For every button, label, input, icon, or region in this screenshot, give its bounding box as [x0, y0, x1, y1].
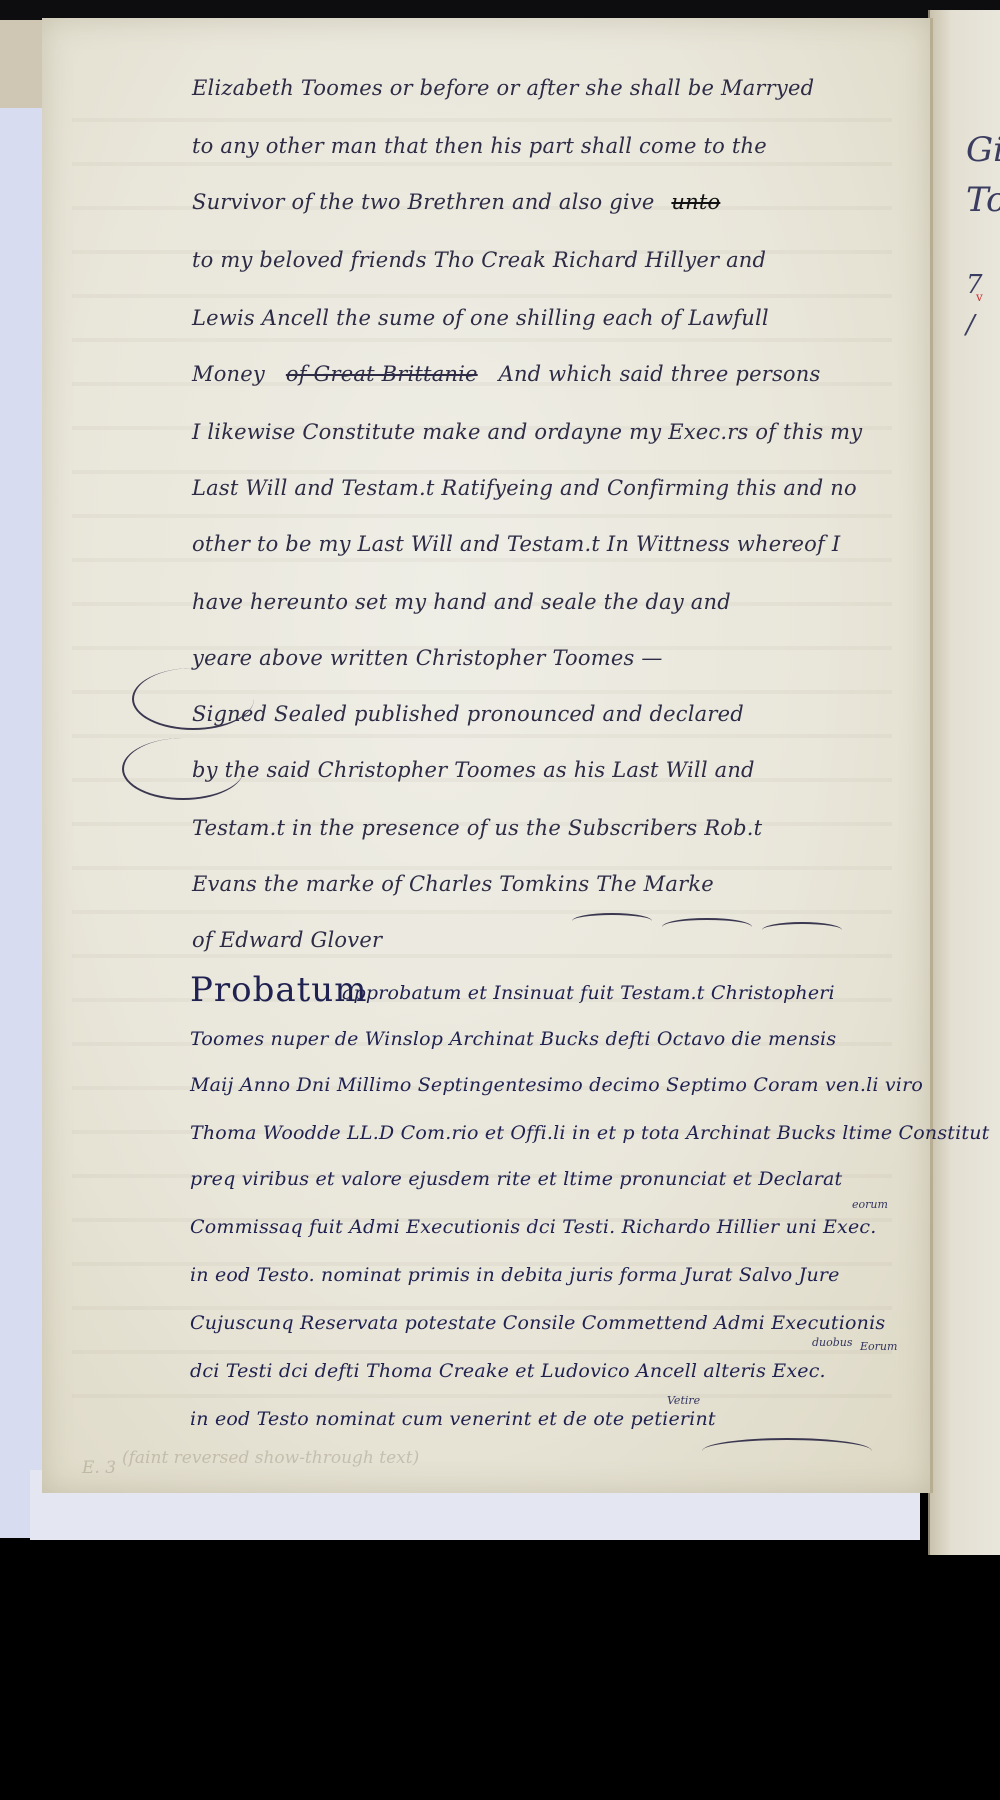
probate-text: Probatum approbatum et Insinuat fuit Tes… [42, 18, 930, 1493]
probate-line: Commissaq fuit Admi Executionis dci Test… [190, 1216, 876, 1238]
right-page-fragment: 7 [966, 270, 983, 300]
manuscript-page: Elizabeth Toomes or before or after she … [42, 18, 933, 1493]
adjacent-page: Gil To v 7 / [928, 10, 1000, 1555]
interlinear-note: Eorum [860, 1340, 897, 1353]
faint-margin-note: E. 3 [82, 1458, 116, 1478]
right-page-fragment: To [966, 180, 1000, 220]
closing-flourish [702, 1438, 872, 1464]
probate-line: approbatum et Insinuat fuit Testam.t Chr… [342, 982, 835, 1004]
probate-line: Thoma Woodde LL.D Com.rio et Offi.li in … [190, 1122, 990, 1144]
probate-line: in eod Testo. nominat primis in debita j… [190, 1264, 840, 1286]
probate-line: dci Testi dci defti Thoma Creake et Ludo… [190, 1360, 826, 1382]
probate-line: Cujuscunq Reservata potestate Consile Co… [190, 1312, 885, 1334]
right-page-fragment: / [966, 310, 975, 340]
right-page-fragment: Gil [966, 130, 1000, 170]
probate-line: Toomes nuper de Winslop Archinat Bucks d… [190, 1028, 836, 1050]
faint-show-through: (faint reversed show-through text) [122, 1448, 419, 1468]
probate-line: in eod Testo nominat cum venerint et de … [190, 1408, 716, 1430]
background-bottom [0, 1540, 1000, 1800]
probate-line: preq viribus et valore ejusdem rite et l… [190, 1168, 842, 1190]
probate-heading: Probatum [190, 970, 367, 1010]
backing-sheet-left [0, 108, 42, 1538]
interlinear-note: duobus [812, 1336, 853, 1349]
interlinear-note: Vetire [667, 1394, 700, 1407]
probate-line: Maij Anno Dni Millimo Septingentesimo de… [190, 1074, 923, 1096]
interlinear-note: eorum [852, 1198, 888, 1211]
left-page-flap [0, 20, 44, 110]
